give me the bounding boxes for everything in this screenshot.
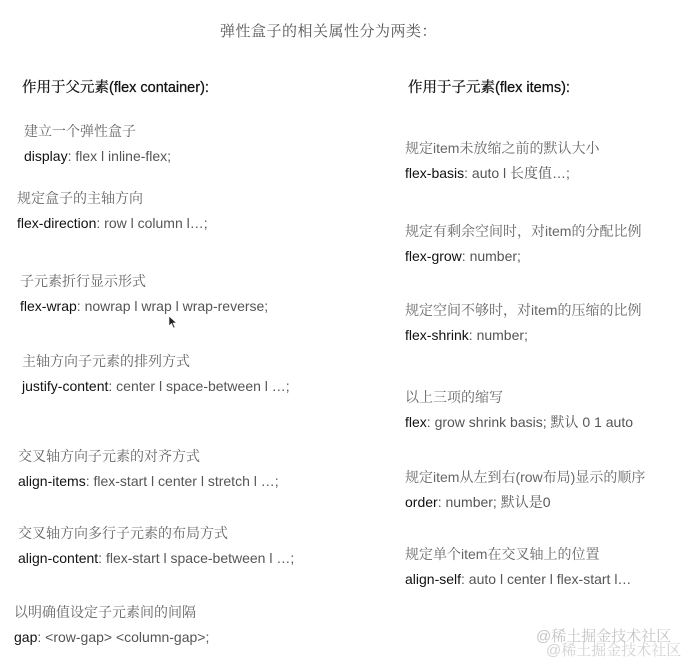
- property-values: : flex l inline-flex;: [68, 148, 171, 164]
- item-description: 规定item未放缩之前的默认大小: [405, 139, 599, 157]
- property-name: order: [405, 494, 438, 510]
- item-description: 子元素折行显示形式: [20, 272, 268, 290]
- property-values: : nowrap l wrap l wrap-reverse;: [77, 298, 268, 314]
- left-item-display: 建立一个弹性盒子 display: flex l inline-flex;: [24, 122, 171, 165]
- property-name: gap: [14, 629, 37, 645]
- right-item-flex: 以上三项的缩写 flex: grow shrink basis; 默认 0 1 …: [405, 388, 633, 431]
- item-code: gap: <row-gap> <column-gap>;: [14, 628, 209, 646]
- item-code: flex-grow: number;: [405, 247, 641, 265]
- right-item-flex-shrink: 规定空间不够时，对item的压缩的比例 flex-shrink: number;: [405, 301, 641, 344]
- property-name: flex: [405, 414, 427, 430]
- left-item-flex-wrap: 子元素折行显示形式 flex-wrap: nowrap l wrap l wra…: [20, 272, 268, 315]
- page-title: 弹性盒子的相关属性分为两类：: [220, 20, 437, 41]
- property-name: flex-grow: [405, 248, 462, 264]
- right-column-heading: 作用于子元素(flex items):: [408, 76, 570, 97]
- item-code: flex-wrap: nowrap l wrap l wrap-reverse;: [20, 297, 268, 315]
- left-item-justify-content: 主轴方向子元素的排列方式 justify-content: center l s…: [22, 352, 290, 395]
- property-values: : grow shrink basis; 默认 0 1 auto: [427, 414, 633, 430]
- property-name: display: [24, 148, 68, 164]
- property-name: flex-direction: [17, 215, 96, 231]
- property-values: : auto l center l flex-start l…: [461, 571, 631, 587]
- mouse-pointer-icon: [168, 315, 178, 329]
- item-description: 规定空间不够时，对item的压缩的比例: [405, 301, 641, 319]
- item-description: 规定盒子的主轴方向: [17, 189, 208, 207]
- right-item-flex-basis: 规定item未放缩之前的默认大小 flex-basis: auto l 长度值……: [405, 139, 599, 182]
- item-description: 主轴方向子元素的排列方式: [22, 352, 290, 370]
- item-code: display: flex l inline-flex;: [24, 147, 171, 165]
- item-description: 规定单个item在交叉轴上的位置: [405, 545, 631, 563]
- item-description: 建立一个弹性盒子: [24, 122, 171, 140]
- item-description: 规定item从左到右(row布局)显示的顺序: [405, 468, 645, 486]
- property-name: flex-wrap: [20, 298, 77, 314]
- property-values: : number;: [462, 248, 521, 264]
- item-description: 以上三项的缩写: [405, 388, 633, 406]
- item-code: flex-direction: row l column l…;: [17, 214, 208, 232]
- property-name: justify-content: [22, 378, 108, 394]
- property-name: flex-basis: [405, 165, 464, 181]
- left-item-align-content: 交叉轴方向多行子元素的布局方式 align-content: flex-star…: [18, 524, 294, 567]
- item-code: flex-shrink: number;: [405, 326, 641, 344]
- watermark-line-2: @稀土掘金技术社区: [546, 643, 681, 658]
- item-code: justify-content: center l space-between …: [22, 377, 290, 395]
- left-item-align-items: 交叉轴方向子元素的对齐方式 align-items: flex-start l …: [18, 447, 279, 490]
- property-values: : center l space-between l …;: [108, 378, 289, 394]
- item-code: align-self: auto l center l flex-start l…: [405, 570, 631, 588]
- item-code: align-content: flex-start l space-betwee…: [18, 549, 294, 567]
- property-values: : <row-gap> <column-gap>;: [37, 629, 209, 645]
- property-name: align-content: [18, 550, 98, 566]
- item-description: 交叉轴方向多行子元素的布局方式: [18, 524, 294, 542]
- item-code: align-items: flex-start l center l stret…: [18, 472, 279, 490]
- right-item-align-self: 规定单个item在交叉轴上的位置 align-self: auto l cent…: [405, 545, 631, 588]
- right-item-flex-grow: 规定有剩余空间时，对item的分配比例 flex-grow: number;: [405, 222, 641, 265]
- item-description: 以明确值设定子元素间的间隔: [14, 603, 209, 621]
- item-code: flex: grow shrink basis; 默认 0 1 auto: [405, 413, 633, 431]
- property-values: : auto l 长度值…;: [464, 165, 570, 181]
- item-description: 规定有剩余空间时，对item的分配比例: [405, 222, 641, 240]
- property-name: flex-shrink: [405, 327, 469, 343]
- item-code: flex-basis: auto l 长度值…;: [405, 164, 599, 182]
- property-values: : flex-start l center l stretch l …;: [86, 473, 279, 489]
- property-values: : number; 默认是0: [438, 494, 551, 510]
- left-column-heading: 作用于父元素(flex container):: [22, 76, 209, 97]
- item-description: 交叉轴方向子元素的对齐方式: [18, 447, 279, 465]
- left-item-gap: 以明确值设定子元素间的间隔 gap: <row-gap> <column-gap…: [14, 603, 209, 646]
- left-item-flex-direction: 规定盒子的主轴方向 flex-direction: row l column l…: [17, 189, 208, 232]
- property-name: align-items: [18, 473, 86, 489]
- property-values: : row l column l…;: [96, 215, 207, 231]
- item-code: order: number; 默认是0: [405, 493, 645, 511]
- property-values: : flex-start l space-between l …;: [98, 550, 294, 566]
- property-values: : number;: [469, 327, 528, 343]
- property-name: align-self: [405, 571, 461, 587]
- right-item-order: 规定item从左到右(row布局)显示的顺序 order: number; 默认…: [405, 468, 645, 511]
